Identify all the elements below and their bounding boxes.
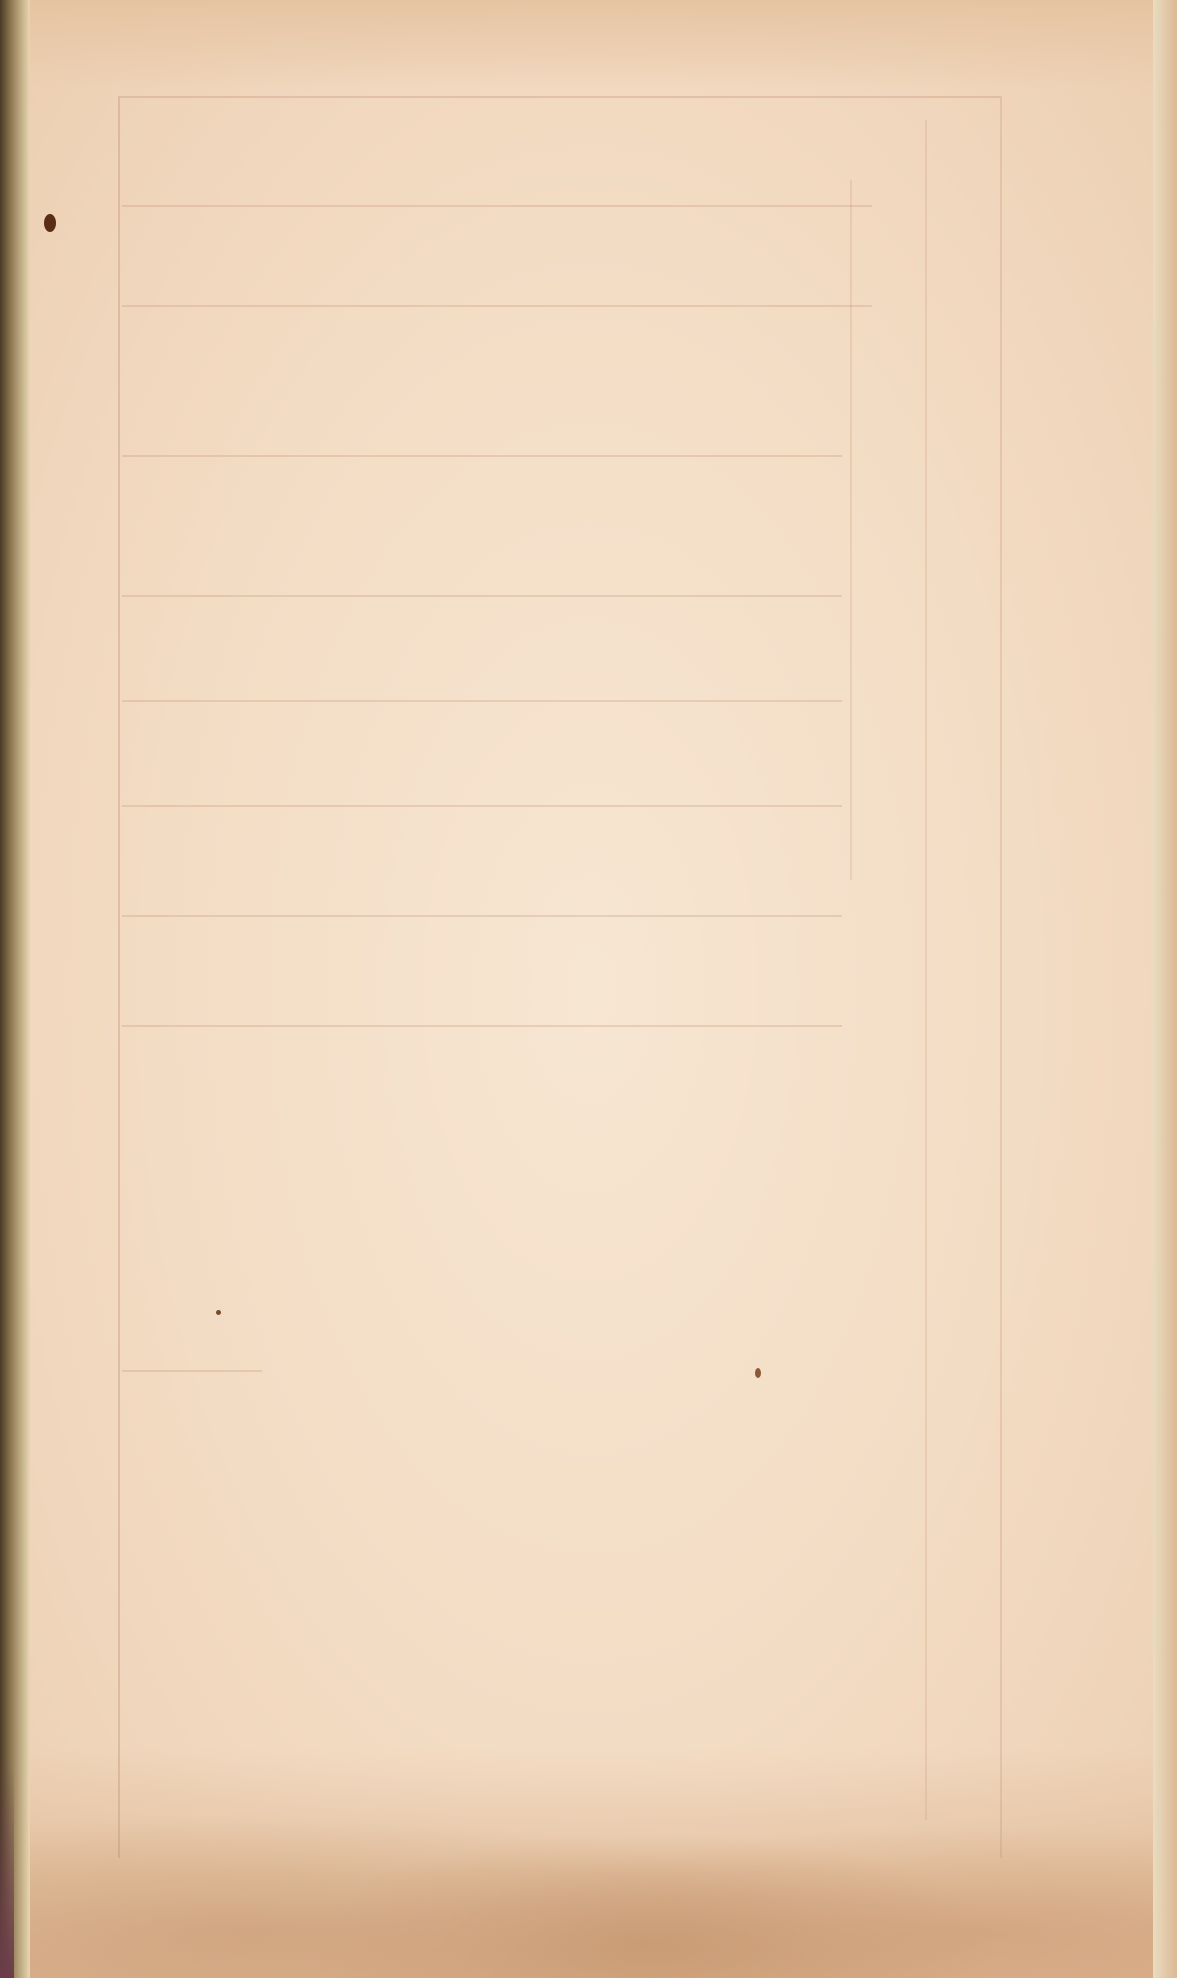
right-page-edge (1153, 0, 1177, 1978)
ruled-row-line (122, 205, 872, 207)
ruled-column-line (925, 120, 927, 1820)
ruled-row-line (122, 700, 842, 702)
ruled-row-line (122, 915, 842, 917)
ruled-row-line (122, 455, 842, 457)
ruled-row-line (122, 305, 872, 307)
ruled-row-line (122, 805, 842, 807)
ruled-row-line (122, 1370, 262, 1372)
ruled-form-frame (118, 96, 1002, 1858)
top-stain (28, 0, 1153, 90)
ruled-column-line (850, 180, 852, 880)
ink-spot (44, 214, 56, 232)
ink-spot (216, 1310, 221, 1315)
ink-spot (755, 1368, 761, 1378)
ruled-row-line (122, 595, 842, 597)
ruled-row-line (122, 1025, 842, 1027)
binding-edge (0, 0, 30, 1978)
binding-edge-stain (0, 1758, 14, 1978)
